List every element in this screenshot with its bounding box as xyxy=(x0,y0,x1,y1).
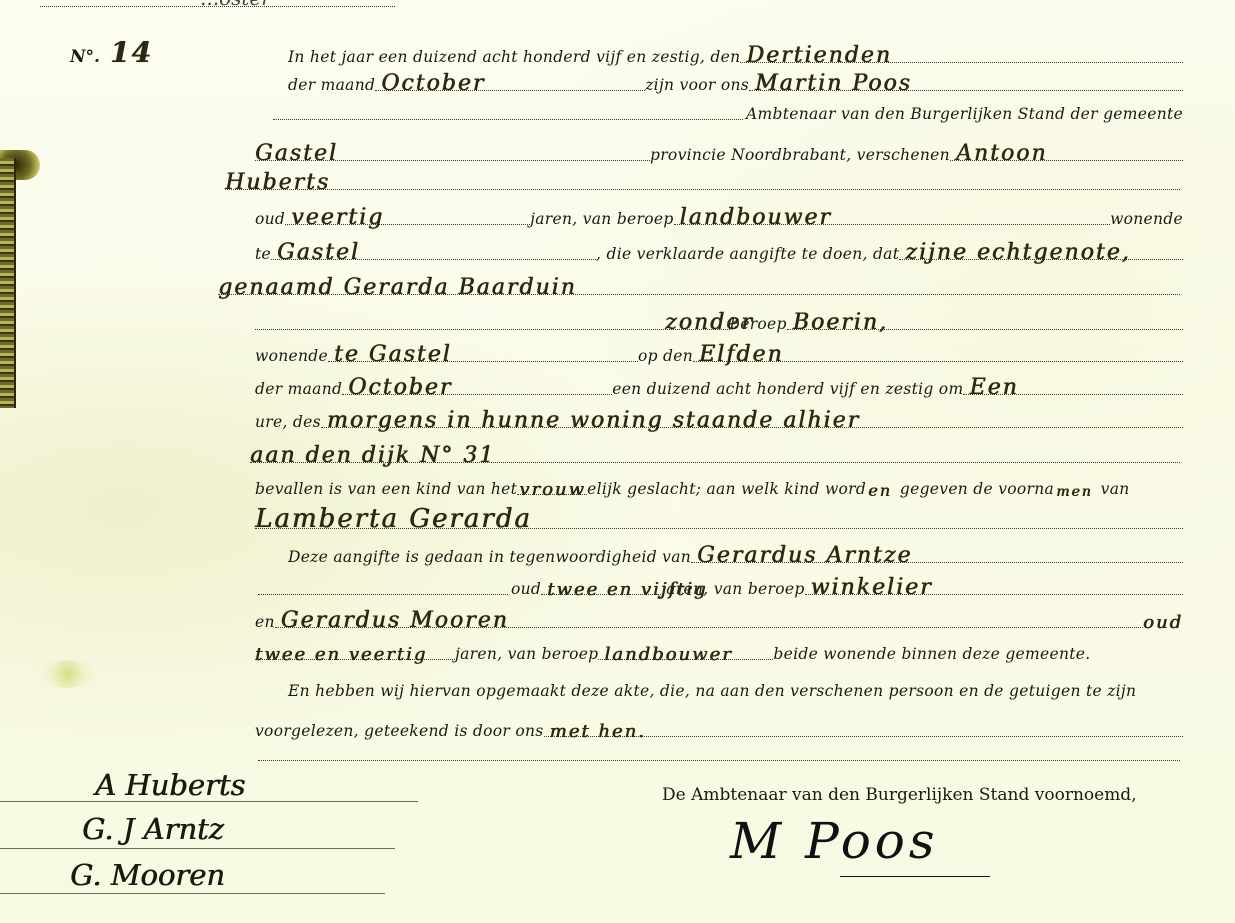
printed-text: een duizend acht honderd vijf en zestig … xyxy=(612,380,963,400)
printed-text: wonende xyxy=(1110,210,1183,230)
handwritten-suffix: men xyxy=(1056,484,1093,500)
handwritten-oud: oud xyxy=(1143,612,1183,633)
printed-text: ure, des xyxy=(255,413,321,433)
handwritten-municipality: Gastel xyxy=(255,141,338,166)
handwritten-declaration: zijne echtgenote, xyxy=(905,240,1130,265)
line-2: der maand October zijn voor ons Martin P… xyxy=(288,66,1183,96)
line-7: te Gastel , die verklaarde aangifte te d… xyxy=(255,233,1183,265)
handwritten-witness2-occupation: landbouwer xyxy=(604,644,732,665)
child-name-field: Lamberta Gerarda xyxy=(255,500,1183,534)
handwritten-birth-residence: te Gastel xyxy=(334,342,452,367)
handwritten-witness2: Gerardus Mooren xyxy=(281,608,509,633)
signature-line xyxy=(0,848,395,849)
previous-record-fragment: ...oster xyxy=(200,0,271,10)
handwritten-declarant-first: Antoon xyxy=(956,141,1048,166)
closing-statement: De Ambtenaar van den Burgerlijken Stand … xyxy=(662,785,1137,805)
printed-text: , die verklaarde aangifte te doen, dat xyxy=(596,245,899,265)
line-11: der maand October een duizend acht honde… xyxy=(255,370,1183,400)
record-number-label: N°. xyxy=(70,47,100,67)
printed-text: beide wonende binnen deze gemeente. xyxy=(773,645,1090,665)
printed-text: bevallen is van een kind van het xyxy=(255,480,517,500)
handwritten-witness1-occupation: winkelier xyxy=(811,575,933,600)
line-21: voorgelezen, geteekend is door ons met h… xyxy=(255,712,1183,742)
printed-text: en xyxy=(255,613,275,633)
official-signature: M Poos xyxy=(730,812,939,870)
line-13: aan den dijk N° 31 xyxy=(250,438,1180,468)
witness1-occupation-field: winkelier xyxy=(805,570,1183,600)
line-8: genaamd Gerarda Baarduin xyxy=(218,268,1180,300)
handwritten-mother-occupation: Boerin, xyxy=(793,310,888,335)
line-9: zonder beroep Boerin, xyxy=(255,305,1183,335)
handwritten-suffix: en xyxy=(868,481,892,500)
birth-month-field: October xyxy=(342,370,612,400)
printed-text: van xyxy=(1101,480,1130,500)
printed-text: zijn voor ons xyxy=(645,76,749,96)
age-field: veertig xyxy=(285,200,530,230)
record-number: N°.14 xyxy=(70,36,153,69)
handwritten-birth-place: morgens in hunne woning staande alhier xyxy=(327,408,860,433)
line-1: In het jaar een duizend acht honderd vij… xyxy=(288,32,1183,68)
handwritten-witness2-age: twee en veertig xyxy=(255,644,427,665)
witness2-age-field: twee en veertig xyxy=(255,635,455,665)
line-10: wonende te Gastel op den Elfden xyxy=(255,337,1183,367)
handwritten-occupation: landbouwer xyxy=(680,205,832,230)
declaration-field: zijne echtgenote, xyxy=(899,233,1183,265)
birth-hour-field: Een xyxy=(963,370,1183,400)
signed-with-field: met hen. xyxy=(544,712,1183,742)
birth-place-field: morgens in hunne woning staande alhier xyxy=(321,403,1183,433)
handwritten-child-name: Lamberta Gerarda xyxy=(255,504,532,534)
line-20: En hebben wij hiervan opgemaakt deze akt… xyxy=(288,682,1183,702)
day-field: Dertienden xyxy=(740,32,1183,68)
witness-signature-3: G. Mooren xyxy=(70,858,225,892)
blank-rule xyxy=(258,760,1180,761)
paper-stain xyxy=(40,660,95,688)
handwritten-day: Dertienden xyxy=(746,43,892,68)
printed-text: der maand xyxy=(288,76,375,96)
handwritten-zonder: zonder xyxy=(665,310,754,335)
official-name-field: Martin Poos xyxy=(749,66,1183,96)
line-17: oud twee en vijftig jaren, van beroep wi… xyxy=(255,570,1183,600)
printed-text: gegeven de voorna xyxy=(900,480,1054,500)
month-field: October xyxy=(375,66,645,96)
handwritten-declarant-last: Huberts xyxy=(225,170,330,195)
handwritten-age: veertig xyxy=(291,205,384,230)
line-6: oud veertig jaren, van beroep landbouwer… xyxy=(255,200,1183,230)
printed-text: oud xyxy=(511,580,541,600)
record-number-value: 14 xyxy=(110,36,153,69)
printed-text: wonende xyxy=(255,347,328,367)
handwritten-witness1: Gerardus Arntze xyxy=(697,543,912,568)
handwritten-signed-with: met hen. xyxy=(550,721,646,742)
handwritten-month: October xyxy=(381,71,485,96)
printed-text: voorgelezen, geteekend is door ons xyxy=(255,722,544,742)
declarant-last-name-field: Huberts xyxy=(225,165,1180,195)
witness1-field: Gerardus Arntze xyxy=(691,538,1183,568)
signature-line xyxy=(0,893,385,894)
printed-text: elijk geslacht; aan welk kind word xyxy=(587,480,866,500)
line-12: ure, des morgens in hunne woning staande… xyxy=(255,403,1183,433)
handwritten-mother-name: genaamd Gerarda Baarduin xyxy=(218,275,577,300)
signature-line xyxy=(0,801,418,802)
printed-text: oud xyxy=(255,210,285,230)
line-3: Ambtenaar van den Burgerlijken Stand der… xyxy=(270,105,1183,125)
printed-text: jaren, van beroep xyxy=(455,645,598,665)
address-field: aan den dijk N° 31 xyxy=(250,438,1180,468)
handwritten-address: aan den dijk N° 31 xyxy=(250,443,495,468)
municipality-field: Gastel xyxy=(255,134,650,166)
line-4: Gastel provincie Noordbrabant, verschene… xyxy=(255,134,1183,166)
declarant-first-name-field: Antoon xyxy=(950,134,1183,166)
printed-text: In het jaar een duizend acht honderd vij… xyxy=(288,48,740,68)
witness-signature-2: G. J Arntz xyxy=(82,812,224,846)
printed-text: Ambtenaar van den Burgerlijken Stand der… xyxy=(746,105,1183,125)
line-14: bevallen is van een kind van het vrouw e… xyxy=(255,470,1183,500)
sex-field: vrouw xyxy=(517,470,587,500)
handwritten-birth-hour: Een xyxy=(969,375,1018,400)
handwritten-birth-day: Elfden xyxy=(699,342,784,367)
occupation-field: landbouwer xyxy=(674,200,1111,230)
line-18: en Gerardus Mooren oud xyxy=(255,603,1183,633)
mother-occupation-field: Boerin, xyxy=(787,305,1183,335)
handwritten-birth-month: October xyxy=(348,375,452,400)
handwritten-sex: vrouw xyxy=(519,479,586,500)
printed-text: op den xyxy=(638,347,693,367)
witness1-age-field: twee en vijftig xyxy=(541,570,661,600)
handwritten-official-name: Martin Poos xyxy=(755,71,912,96)
printed-text: jaren, van beroep xyxy=(530,210,673,230)
printed-text: te xyxy=(255,245,271,265)
signature-flourish xyxy=(840,876,990,877)
witness2-field: Gerardus Mooren xyxy=(275,603,1143,633)
line-16: Deze aangifte is gedaan in tegenwoordigh… xyxy=(288,538,1183,568)
residence-field: Gastel xyxy=(271,233,596,265)
handwritten-witness1-age: twee en vijftig xyxy=(547,579,707,600)
handwritten-residence: Gastel xyxy=(277,240,360,265)
printed-text: provincie Noordbrabant, verschenen xyxy=(650,146,950,166)
birth-residence-field: te Gastel xyxy=(328,337,638,367)
printed-text: Deze aangifte is gedaan in tegenwoordigh… xyxy=(288,548,691,568)
witness2-occupation-field: landbouwer xyxy=(598,635,773,665)
witness-signature-1: A Huberts xyxy=(95,768,245,802)
occupation-prefix-field: zonder xyxy=(255,305,730,335)
line-5: Huberts xyxy=(225,165,1180,195)
binding-cord xyxy=(0,158,16,408)
line-15: Lamberta Gerarda xyxy=(255,500,1183,534)
birth-day-field: Elfden xyxy=(693,337,1183,367)
printed-text: En hebben wij hiervan opgemaakt deze akt… xyxy=(288,682,1136,702)
mother-name-field: genaamd Gerarda Baarduin xyxy=(218,268,1180,300)
printed-text: der maand xyxy=(255,380,342,400)
line-19: twee en veertig jaren, van beroep landbo… xyxy=(255,635,1183,665)
